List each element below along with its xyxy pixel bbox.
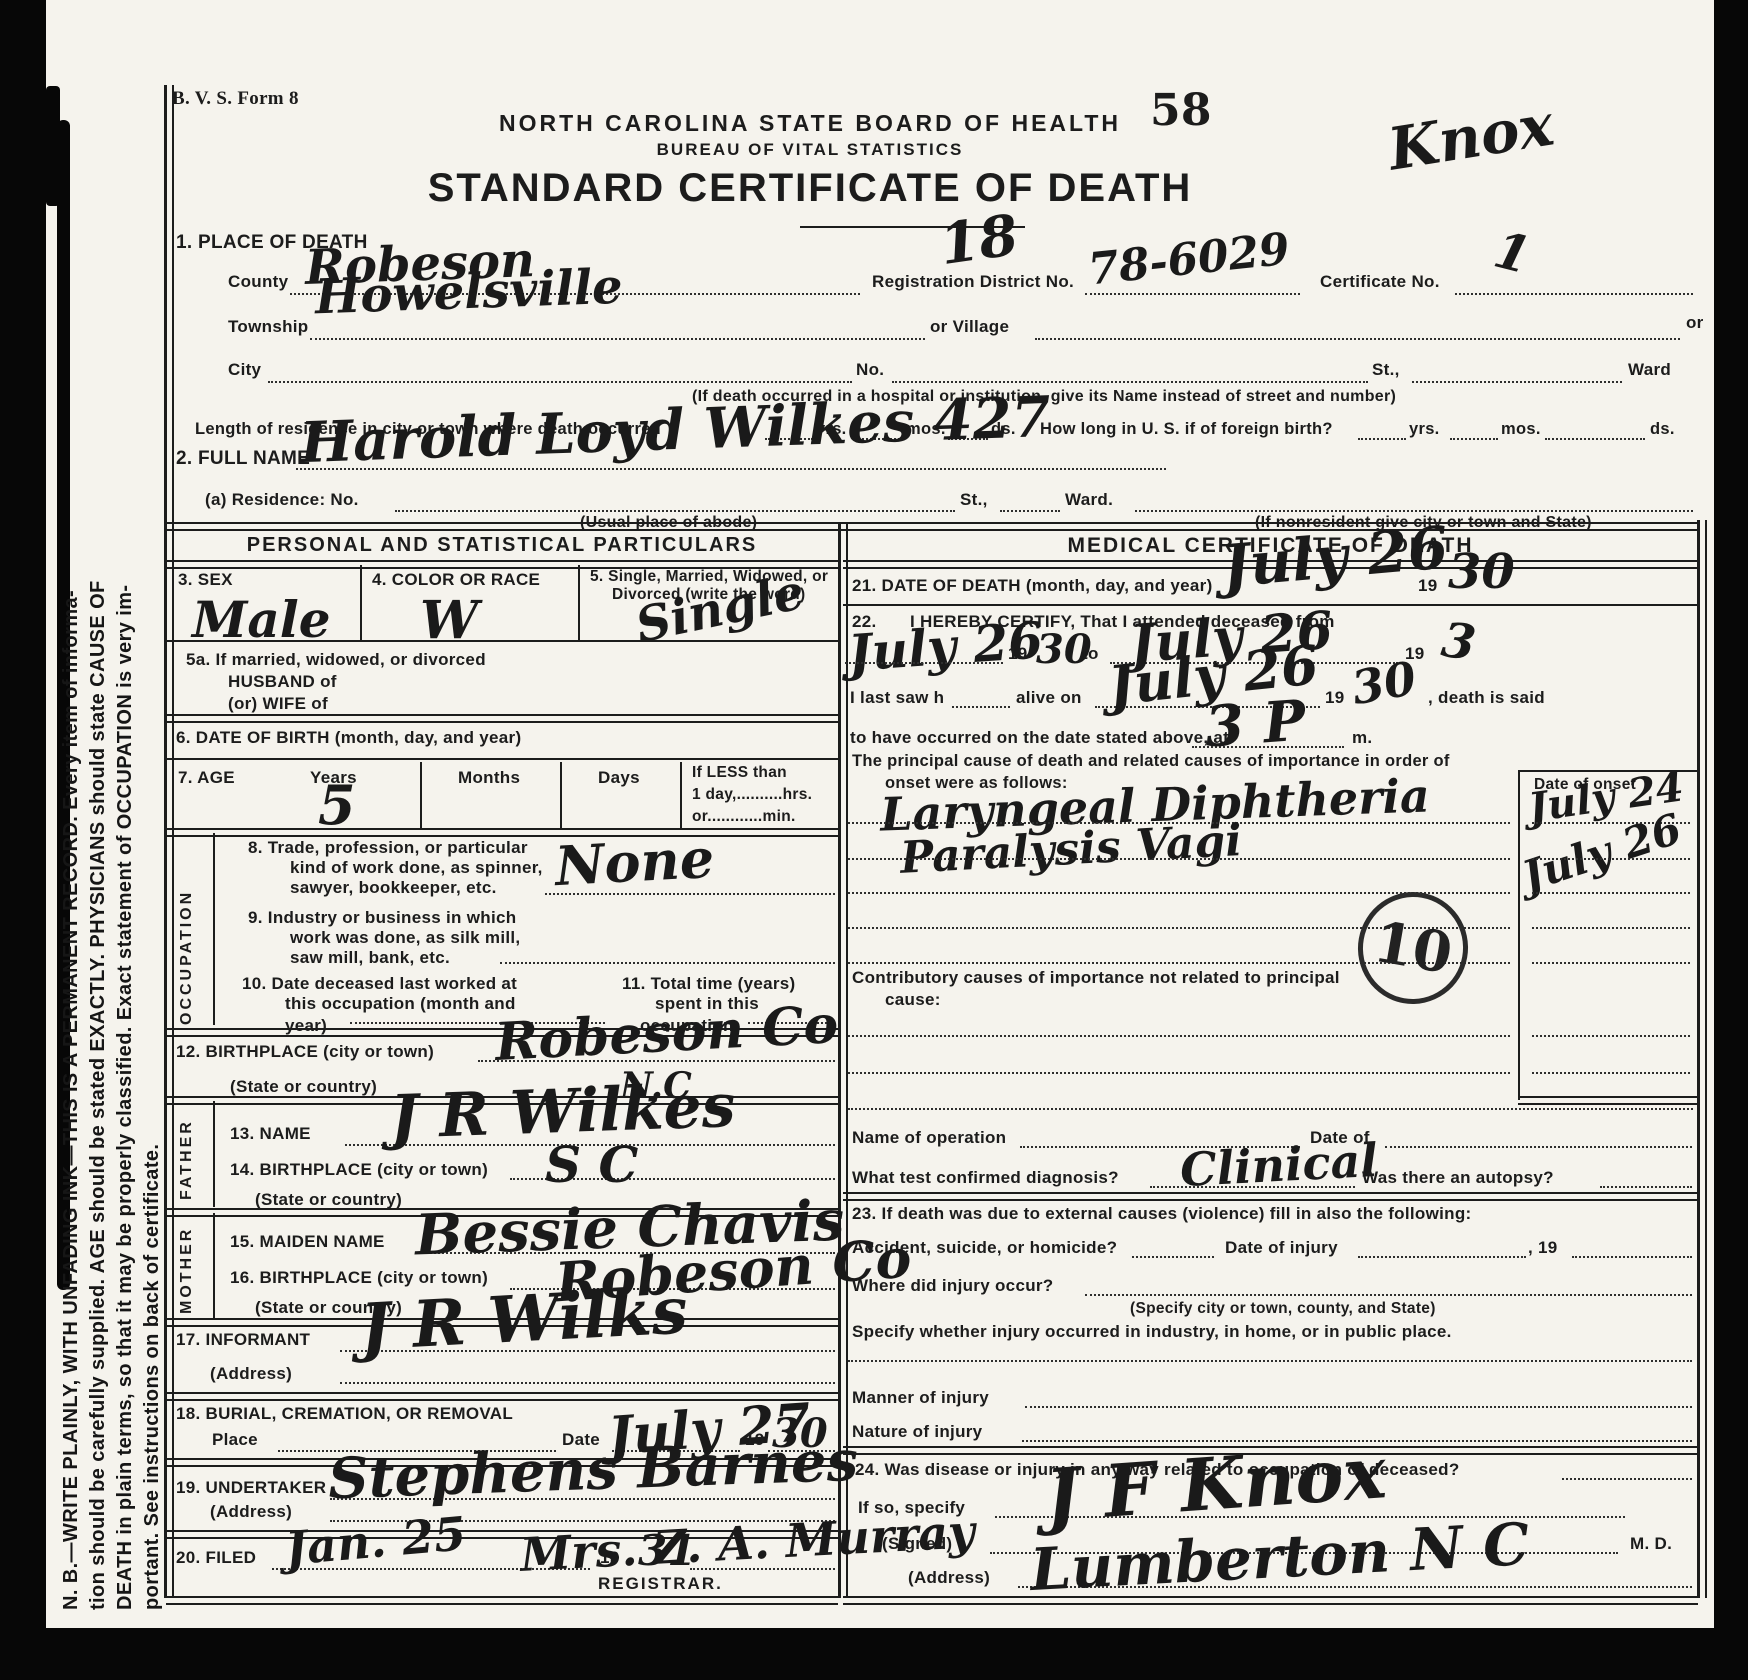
occupation-related-line — [1562, 1478, 1692, 1480]
certificate-title: STANDARD CERTIFICATE OF DEATH — [380, 165, 1240, 211]
township-label: Township — [228, 317, 308, 337]
occurred-label: to have occurred on the date stated abov… — [850, 728, 1229, 748]
onset-line-3 — [1532, 892, 1690, 894]
form-number: B. V. S. Form 8 — [172, 88, 299, 110]
mother-inner-divider — [213, 1213, 215, 1318]
l5a-underline — [166, 714, 838, 723]
right-col-bottom — [843, 1596, 1698, 1605]
onset-line-7 — [1532, 1072, 1690, 1074]
registration-line — [1085, 293, 1300, 295]
father-side-label: FATHER — [178, 1110, 196, 1200]
attended-from-line — [845, 662, 1003, 664]
dod-year-prefix: 19 — [1418, 576, 1438, 596]
residence-st-line — [1000, 510, 1060, 512]
township-value: Howelsville — [314, 263, 623, 322]
if-so-label: If so, specify — [858, 1498, 965, 1518]
race-marital-divider — [578, 565, 580, 640]
autopsy-label: Was there an autopsy? — [1362, 1168, 1554, 1188]
city-label: City — [228, 360, 261, 380]
board-name: NORTH CAROLINA STATE BOARD OF HEALTH — [430, 110, 1190, 136]
filed-label: 20. FILED — [176, 1548, 256, 1568]
city-no-label: No. — [856, 360, 884, 380]
father-birthplace-label: 14. BIRTHPLACE (city or town) — [230, 1160, 488, 1180]
certificate-no-label: Certificate No. — [1320, 272, 1440, 292]
onset-line-5 — [1532, 962, 1690, 964]
operation-date-line — [1385, 1146, 1692, 1148]
form-border-left — [164, 85, 174, 1598]
where-injury-label: Where did injury occur? — [852, 1276, 1053, 1296]
or-label: or — [1686, 313, 1704, 333]
onset-line-4 — [1532, 927, 1690, 929]
test-label: What test confirmed diagnosis? — [852, 1168, 1119, 1188]
ifless-line2: 1 day,..........hrs. — [692, 786, 812, 804]
village-line — [1035, 338, 1680, 340]
race-label: 4. COLOR OR RACE — [372, 570, 540, 590]
age-label: 7. AGE — [178, 768, 235, 788]
cause-code-value: 10 — [1369, 909, 1457, 988]
ifless-line3: or............min. — [692, 808, 796, 826]
city-st-label: St., — [1372, 360, 1400, 380]
age-row-underline — [166, 828, 838, 837]
margin-line: DEATH in plain terms, so that it may be … — [112, 70, 139, 1610]
manner-injury-line — [1025, 1406, 1692, 1408]
mother-birthplace-label: 16. BIRTHPLACE (city or town) — [230, 1268, 488, 1288]
informant-address-line — [340, 1382, 835, 1384]
registrar-label: REGISTRAR. — [598, 1574, 723, 1594]
alive-on-label: alive on — [1016, 688, 1082, 708]
occupation-inner-divider — [213, 833, 215, 1025]
residence-st-label: St., — [960, 490, 988, 510]
residence-ward-label: Ward. — [1065, 490, 1113, 510]
dod-year-value: 30 — [1448, 548, 1515, 596]
where-injury-line — [1085, 1294, 1692, 1296]
for-ds-line — [1545, 438, 1645, 440]
for-mos-line — [1450, 438, 1498, 440]
physician-address-label: (Address) — [908, 1568, 990, 1588]
date-of-death-label: 21. DATE OF DEATH (month, day, and year) — [852, 576, 1213, 596]
registration-no-value: 78-6029 — [1086, 228, 1291, 293]
father-birthplace-value: S C — [545, 1140, 638, 1190]
onset-line-2 — [1532, 858, 1690, 860]
industry-label-2: work was done, as silk mill, — [290, 928, 520, 948]
registration-district-label: Registration District No. — [872, 272, 1074, 292]
injury-date-label: Date of injury — [1225, 1238, 1338, 1258]
trade-label-1: 8. Trade, profession, or particular — [248, 838, 528, 858]
city-ward-label: Ward — [1628, 360, 1671, 380]
injury-year-line — [1572, 1256, 1692, 1258]
personal-header: PERSONAL AND STATISTICAL PARTICULARS — [166, 534, 838, 557]
sex-label: 3. SEX — [178, 570, 233, 590]
accident-line — [1132, 1256, 1214, 1258]
undertaker-value: Stephens Barnes — [327, 1433, 859, 1507]
specify-whether-label: Specify whether injury occurred in indus… — [852, 1322, 1452, 1342]
residence-a-label: (a) Residence: No. — [205, 490, 359, 510]
lastworked-label-2: this occupation (month and — [285, 994, 516, 1014]
informant-label: 17. INFORMANT — [176, 1330, 310, 1350]
dob-label: 6. DATE OF BIRTH (month, day, and year) — [176, 728, 521, 748]
specify-city-note: (Specify city or town, county, and State… — [1130, 1300, 1436, 1318]
last-saw-blank — [952, 706, 1010, 708]
to-year-value: 3 — [1439, 616, 1479, 668]
test-value: Clinical — [1179, 1137, 1379, 1193]
informant-value: J R Wilks — [359, 1279, 690, 1360]
or-village-label: or Village — [930, 317, 1009, 337]
onset-line-6 — [1532, 1035, 1690, 1037]
ifless-line1: If LESS than — [692, 764, 787, 782]
contributory-label-1: Contributory causes of importance not re… — [852, 968, 1340, 988]
manner-injury-label: Manner of injury — [852, 1388, 989, 1408]
for-mos-label: mos. — [1501, 420, 1541, 439]
for-yrs-label: yrs. — [1409, 420, 1440, 439]
scan-edge-left — [0, 0, 46, 1680]
informant-address-label: (Address) — [210, 1364, 292, 1384]
contrib-line-2 — [848, 1072, 1510, 1074]
last-saw-label: I last saw h — [850, 688, 944, 708]
specify-whether-line — [848, 1360, 1692, 1362]
saw-year-prefix: 19 — [1325, 688, 1345, 708]
l5a-line1: 5a. If married, widowed, or divorced — [186, 650, 486, 670]
city-line — [268, 381, 852, 383]
operation-label: Name of operation — [852, 1128, 1006, 1148]
margin-line: N. B.—WRITE PLAINLY, WITH UNFADING INK—T… — [58, 70, 85, 1610]
death-hour-value: 3 P — [1203, 693, 1307, 756]
scan-edge-right — [1714, 0, 1748, 1680]
trade-value: None — [554, 831, 716, 893]
full-name-label: 2. FULL NAME — [176, 448, 310, 470]
principal-cause-label-1: The principal cause of death and related… — [852, 752, 1450, 771]
residence-ward-line — [1135, 510, 1693, 512]
cause-code-stamp: 10 — [1349, 883, 1477, 1012]
city-st-line — [1412, 381, 1622, 383]
left-col-bottom — [166, 1596, 838, 1605]
m-label: m. — [1352, 728, 1372, 748]
date-of-death-value: July 26 — [1220, 518, 1450, 595]
lastworked-label-1: 10. Date deceased last worked at — [242, 974, 517, 994]
l5a-line2: HUSBAND of — [228, 672, 337, 692]
industry-label-3: saw mill, bank, etc. — [290, 948, 450, 968]
signed-label: (Signed) — [882, 1534, 952, 1554]
trade-label-3: sawyer, bookkeeper, etc. — [290, 878, 497, 898]
dob-underline — [166, 758, 838, 760]
age-years-value: 5 — [318, 778, 356, 832]
city-no-line — [892, 381, 1368, 383]
industry-line — [500, 962, 835, 964]
bureau-name: BUREAU OF VITAL STATISTICS — [430, 140, 1190, 160]
birthplace-label: 12. BIRTHPLACE (city or town) — [176, 1042, 434, 1062]
death-certificate-scan: N. B.—WRITE PLAINLY, WITH UNFADING INK—T… — [0, 0, 1748, 1680]
for-yrs-line — [1358, 438, 1406, 440]
mother-maiden-label: 15. MAIDEN NAME — [230, 1232, 385, 1252]
age-div-2 — [560, 762, 562, 828]
occupation-side-label: OCCUPATION — [178, 855, 196, 1025]
test-underline — [843, 1192, 1698, 1201]
birthplace-city-value: Robeson Co — [494, 999, 840, 1069]
header-band-top — [166, 522, 1700, 531]
accident-label: Accident, suicide, or homicide? — [852, 1238, 1117, 1258]
autopsy-line — [1600, 1186, 1692, 1188]
from-year-prefix: 19 — [1008, 644, 1028, 664]
scan-edge-bottom — [0, 1628, 1748, 1680]
onset-column-divider — [1518, 770, 1520, 1100]
external-causes-label: 23. If death was due to external causes … — [852, 1204, 1471, 1224]
physician-signature: J F Knox — [1043, 1436, 1388, 1532]
full-name-value: Harold Loyd Wilkes 427 — [299, 389, 1051, 471]
sex-race-divider — [360, 565, 362, 640]
age-div-3 — [680, 762, 682, 828]
certificate-line — [1455, 293, 1693, 295]
industry-label-1: 9. Industry or business in which — [248, 908, 516, 928]
for-ds-label: ds. — [1650, 420, 1675, 439]
contributory-label-2: cause: — [885, 990, 941, 1010]
l5a-line3: (or) WIFE of — [228, 694, 328, 714]
burial-label: 18. BURIAL, CREMATION, OR REMOVAL — [176, 1404, 513, 1424]
md-label: M. D. — [1630, 1534, 1672, 1554]
father-name-label: 13. NAME — [230, 1124, 311, 1144]
residence-a-line — [395, 510, 955, 512]
age-months-header: Months — [458, 768, 520, 788]
nature-injury-label: Nature of injury — [852, 1422, 982, 1442]
birthplace-state-label: (State or country) — [230, 1077, 377, 1097]
margin-line: portant. See instructions on back of cer… — [139, 70, 166, 1610]
age-div-1 — [420, 762, 422, 828]
form-border-right — [1697, 520, 1707, 1598]
injury-year-prefix: , 19 — [1528, 1238, 1558, 1258]
clerk-annotation: Knox — [1384, 95, 1557, 178]
sex-row-underline — [166, 640, 838, 642]
mother-side-label: MOTHER — [178, 1222, 196, 1314]
district-code-value: 18 — [936, 207, 1021, 273]
filed-date-value: Jan. 25 — [283, 1510, 467, 1572]
sex-value: Male — [192, 595, 331, 645]
totaltime-label-1: 11. Total time (years) — [622, 974, 796, 994]
father-state-label: (State or country) — [255, 1190, 402, 1210]
margin-line: tion should be carefully supplied. AGE s… — [85, 70, 112, 1610]
contrib-line-3 — [848, 1108, 1693, 1110]
age-days-header: Days — [598, 768, 640, 788]
undertaker-label: 19. UNDERTAKER — [176, 1478, 326, 1498]
township-line — [310, 338, 925, 340]
cause-line-2 — [848, 858, 1510, 860]
certificate-no-value: 1 — [1489, 225, 1535, 282]
death-said-label: , death is said — [1428, 688, 1545, 708]
father-inner-divider — [213, 1101, 215, 1207]
foreign-birth-label: How long in U. S. if of foreign birth? — [1040, 420, 1333, 439]
saw-year-value: 30 — [1348, 655, 1419, 711]
injury-date-line — [1358, 1256, 1526, 1258]
county-label: County — [228, 272, 288, 292]
to-label: to — [1082, 644, 1099, 664]
margin-instructions: N. B.—WRITE PLAINLY, WITH UNFADING INK—T… — [58, 70, 166, 1610]
onset-column-bottom — [1518, 1096, 1698, 1105]
contrib-line-1 — [848, 1035, 1510, 1037]
trade-label-2: kind of work done, as spinner, — [290, 858, 543, 878]
undertaker-address-label: (Address) — [210, 1502, 292, 1522]
burial-place-label: Place — [212, 1430, 258, 1450]
